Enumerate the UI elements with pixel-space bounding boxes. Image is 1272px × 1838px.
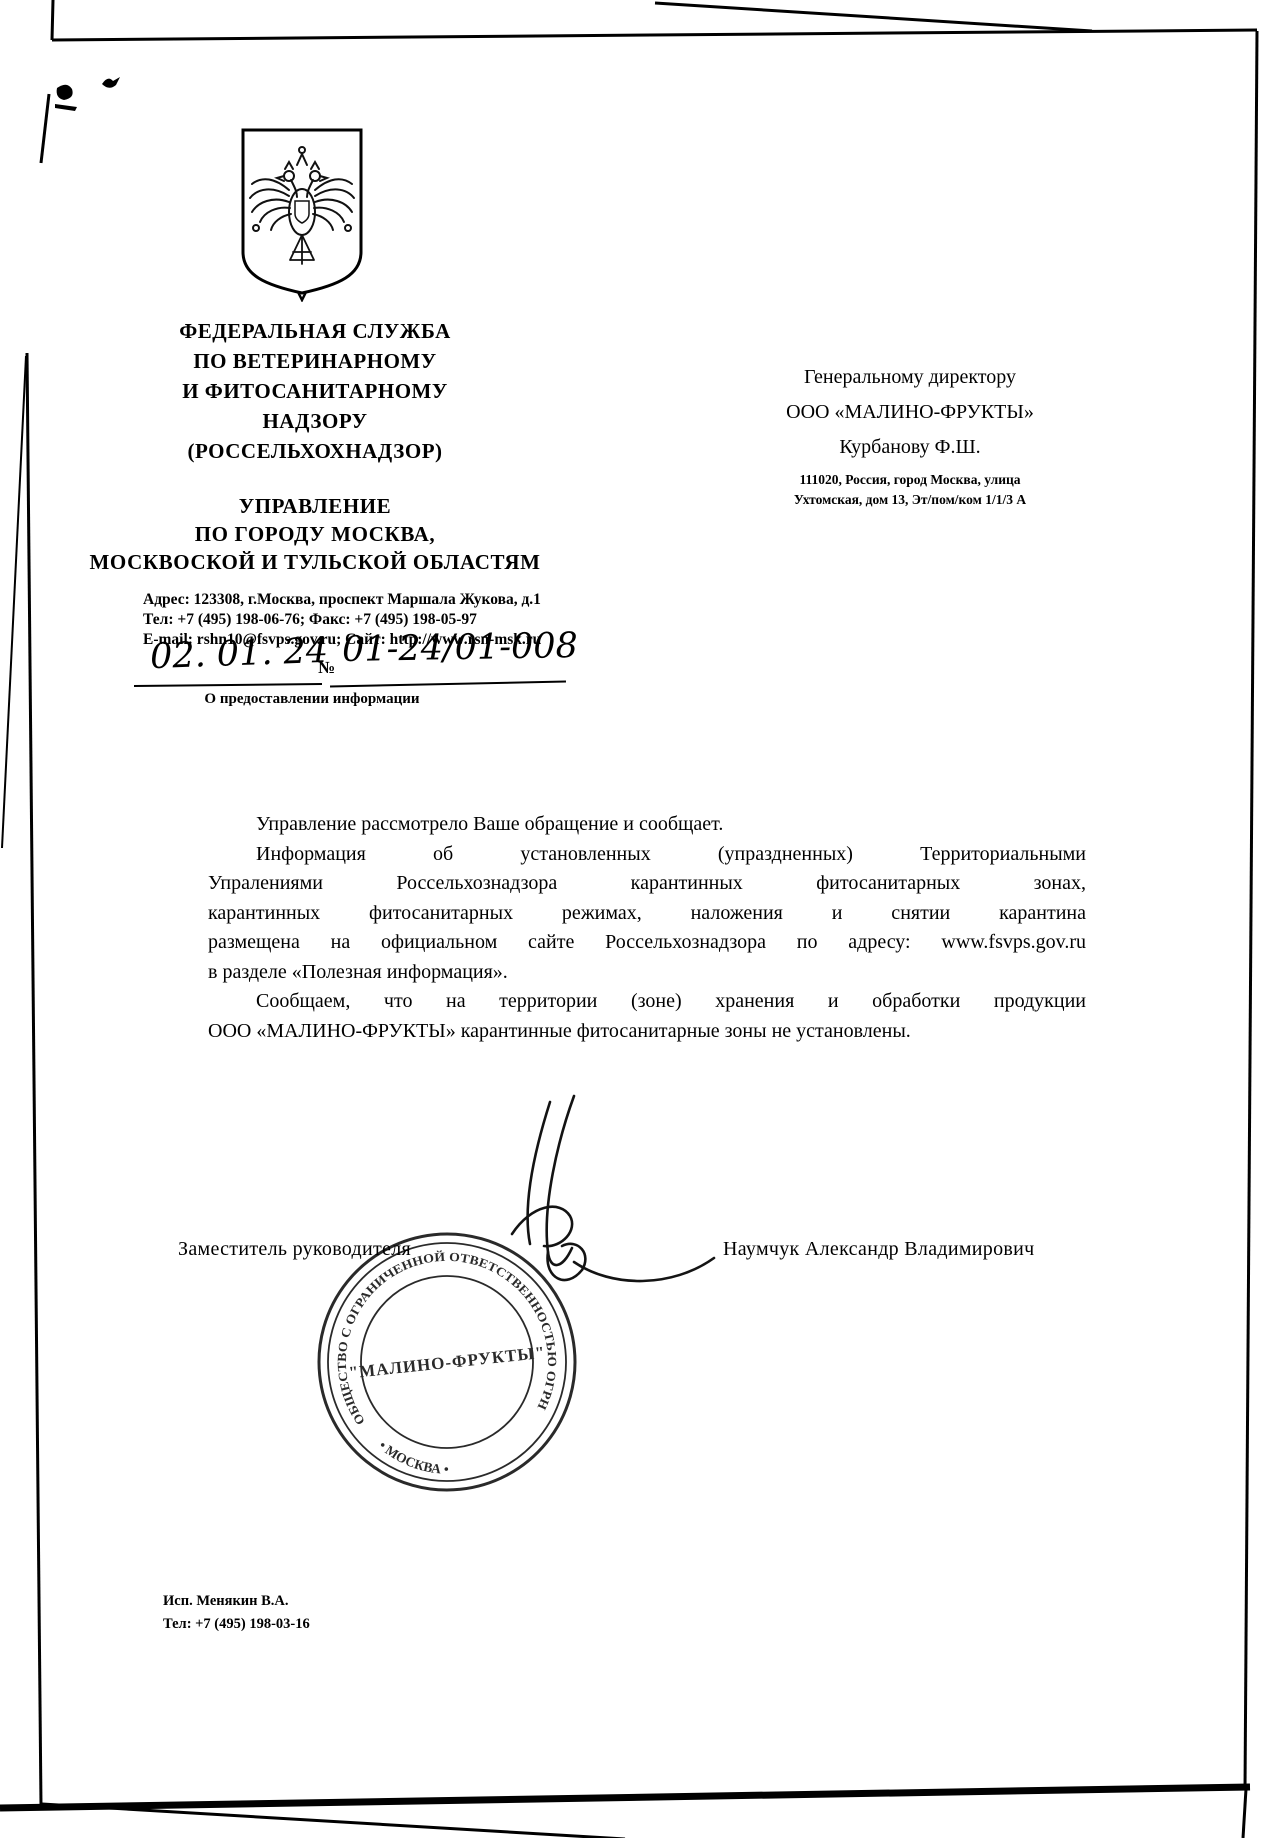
body-paragraph-1: Управление рассмотрело Ваше обращение и … (208, 810, 1086, 840)
org-name-line: (РОССЕЛЬХОХНАДЗОР) (78, 436, 552, 466)
body-paragraph-2-line: Упралениями Россельхознадзора карантинны… (208, 869, 1086, 899)
letter-subject: О предоставлении информации (177, 691, 447, 708)
contact-address-line: Адрес: 123308, г.Москва, проспект Маршал… (143, 590, 643, 610)
division-line: ПО ГОРОДУ МОСКВА, (70, 520, 560, 548)
double-headed-eagle (250, 147, 354, 264)
handwritten-date: 02. 01. 24 (149, 631, 328, 677)
recipient-address-line: 111020, Россия, город Москва, улица (698, 470, 1122, 490)
executor-block: Исп. Менякин В.А. Тел: +7 (495) 198-03-1… (163, 1590, 310, 1636)
recipient-company: ООО «МАЛИНО-ФРУКТЫ» (698, 395, 1122, 430)
recipient-address-line: Ухтомская, дом 13, Эт/пом/ком 1/1/3 А (698, 490, 1122, 510)
recipient-address: 111020, Россия, город Москва, улица Ухто… (698, 470, 1122, 510)
org-name-line: ПО ВЕТЕРИНАРНОМУ (78, 346, 552, 376)
date-underline (134, 683, 322, 687)
body-paragraph-2-line: карантинных фитосанитарных режимах, нало… (208, 899, 1086, 929)
signer-name: Наумчук Александр Владимирович (723, 1238, 1143, 1261)
number-sign: № (318, 658, 335, 678)
letter-body: Управление рассмотрело Ваше обращение и … (208, 810, 1086, 1046)
scanned-letter-page: ФЕДЕРАЛЬНАЯ СЛУЖБА ПО ВЕТЕРИНАРНОМУ И ФИ… (0, 0, 1272, 1838)
recipient-position: Генеральному директору (698, 360, 1122, 395)
coat-of-arms-emblem (236, 124, 368, 302)
executor-phone: Тел: +7 (495) 198-03-16 (163, 1613, 310, 1636)
body-paragraph-3-line: Сообщаем, что на территории (зоне) хране… (208, 987, 1086, 1017)
recipient-block: Генеральному директору ООО «МАЛИНО-ФРУКТ… (698, 360, 1122, 465)
handwritten-outgoing-number: 01-24/01-008 (342, 626, 579, 670)
stamp-center-text: "МАЛИНО-ФРУКТЫ" (348, 1343, 546, 1383)
body-paragraph-2-line: Информация об установленных (упраздненны… (208, 840, 1086, 870)
division-line: УПРАВЛЕНИЕ (70, 492, 560, 520)
org-name-line: НАДЗОРУ (78, 406, 552, 436)
body-paragraph-3-line: ООО «МАЛИНО-ФРУКТЫ» карантинные фитосани… (208, 1017, 1086, 1047)
letterhead-division-name: УПРАВЛЕНИЕ ПО ГОРОДУ МОСКВА, МОСКВОСКОЙ … (70, 492, 560, 576)
letterhead-org-name: ФЕДЕРАЛЬНАЯ СЛУЖБА ПО ВЕТЕРИНАРНОМУ И ФИ… (78, 316, 552, 466)
company-round-stamp: ОБЩЕСТВО С ОГРАНИЧЕННОЙ ОТВЕТСТВЕННОСТЬЮ… (310, 1225, 584, 1499)
recipient-person: Курбанову Ф.Ш. (698, 430, 1122, 465)
body-paragraph-2-line: в разделе «Полезная информация». (208, 958, 1086, 988)
ink-smudge-marks (55, 77, 120, 111)
division-line: МОСКВОСКОЙ И ТУЛЬСКОЙ ОБЛАСТЯМ (70, 548, 560, 576)
org-name-line: И ФИТОСАНИТАРНОМУ (78, 376, 552, 406)
executor-name: Исп. Менякин В.А. (163, 1590, 310, 1613)
signer-position-title: Заместитель руководителя (178, 1238, 411, 1261)
org-name-line: ФЕДЕРАЛЬНАЯ СЛУЖБА (78, 316, 552, 346)
body-paragraph-2-line: размещена на официальном сайте Россельхо… (208, 928, 1086, 958)
number-underline (330, 681, 566, 688)
